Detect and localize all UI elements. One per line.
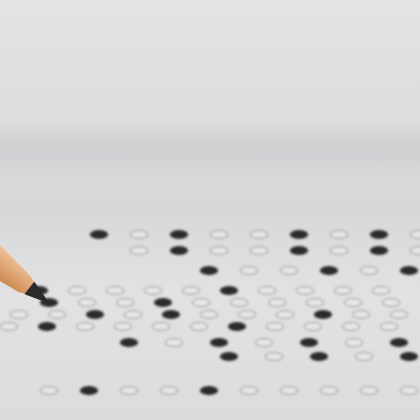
filled-bubble	[400, 352, 418, 361]
filled-bubble	[80, 386, 98, 395]
empty-bubble	[238, 310, 256, 319]
empty-bubble	[296, 286, 314, 295]
empty-bubble	[320, 386, 338, 395]
empty-bubble	[352, 310, 370, 319]
empty-bubble	[116, 298, 134, 307]
empty-bubble	[344, 298, 362, 307]
empty-bubble	[182, 286, 200, 295]
empty-bubble	[130, 230, 148, 239]
empty-bubble	[410, 246, 420, 255]
filled-bubble	[314, 310, 332, 319]
empty-bubble	[360, 266, 378, 275]
empty-bubble	[68, 286, 86, 295]
filled-bubble	[210, 338, 228, 347]
empty-bubble	[76, 322, 94, 331]
filled-bubble	[170, 246, 188, 255]
filled-bubble	[290, 246, 308, 255]
empty-bubble	[268, 298, 286, 307]
filled-bubble	[390, 338, 408, 347]
empty-bubble	[210, 230, 228, 239]
empty-bubble	[390, 310, 408, 319]
empty-bubble	[306, 298, 324, 307]
filled-bubble	[370, 246, 388, 255]
empty-bubble	[165, 338, 183, 347]
empty-bubble	[106, 286, 124, 295]
filled-bubble	[290, 230, 308, 239]
empty-bubble	[382, 298, 400, 307]
empty-bubble	[400, 386, 418, 395]
answer-sheet-photo	[0, 0, 420, 420]
filled-bubble	[90, 230, 108, 239]
empty-bubble	[304, 322, 322, 331]
empty-bubble	[240, 386, 258, 395]
empty-bubble	[190, 322, 208, 331]
filled-bubble	[200, 266, 218, 275]
empty-bubble	[240, 266, 258, 275]
empty-bubble	[355, 352, 373, 361]
empty-bubble	[144, 286, 162, 295]
empty-bubble	[40, 386, 58, 395]
empty-bubble	[345, 338, 363, 347]
empty-bubble	[114, 322, 132, 331]
bubble-grid	[0, 0, 420, 420]
empty-bubble	[410, 230, 420, 239]
empty-bubble	[255, 338, 273, 347]
empty-bubble	[192, 298, 210, 307]
empty-bubble	[210, 246, 228, 255]
empty-bubble	[200, 310, 218, 319]
empty-bubble	[265, 352, 283, 361]
empty-bubble	[230, 298, 248, 307]
filled-bubble	[370, 230, 388, 239]
filled-bubble	[170, 230, 188, 239]
filled-bubble	[162, 310, 180, 319]
filled-bubble	[120, 338, 138, 347]
filled-bubble	[86, 310, 104, 319]
empty-bubble	[160, 386, 178, 395]
empty-bubble	[280, 266, 298, 275]
empty-bubble	[130, 246, 148, 255]
empty-bubble	[276, 310, 294, 319]
empty-bubble	[334, 286, 352, 295]
empty-bubble	[124, 310, 142, 319]
filled-bubble	[320, 266, 338, 275]
empty-bubble	[152, 322, 170, 331]
filled-bubble	[154, 298, 172, 307]
empty-bubble	[372, 286, 390, 295]
filled-bubble	[200, 386, 218, 395]
filled-bubble	[400, 266, 418, 275]
empty-bubble	[330, 230, 348, 239]
empty-bubble	[360, 386, 378, 395]
empty-bubble	[0, 322, 18, 331]
filled-bubble	[220, 352, 238, 361]
empty-bubble	[342, 322, 360, 331]
empty-bubble	[120, 386, 138, 395]
empty-bubble	[380, 322, 398, 331]
empty-bubble	[78, 298, 96, 307]
empty-bubble	[330, 246, 348, 255]
filled-bubble	[300, 338, 318, 347]
filled-bubble	[220, 286, 238, 295]
filled-bubble	[228, 322, 246, 331]
empty-bubble	[250, 230, 268, 239]
empty-bubble	[250, 246, 268, 255]
filled-bubble	[310, 352, 328, 361]
empty-bubble	[258, 286, 276, 295]
empty-bubble	[280, 386, 298, 395]
empty-bubble	[266, 322, 284, 331]
